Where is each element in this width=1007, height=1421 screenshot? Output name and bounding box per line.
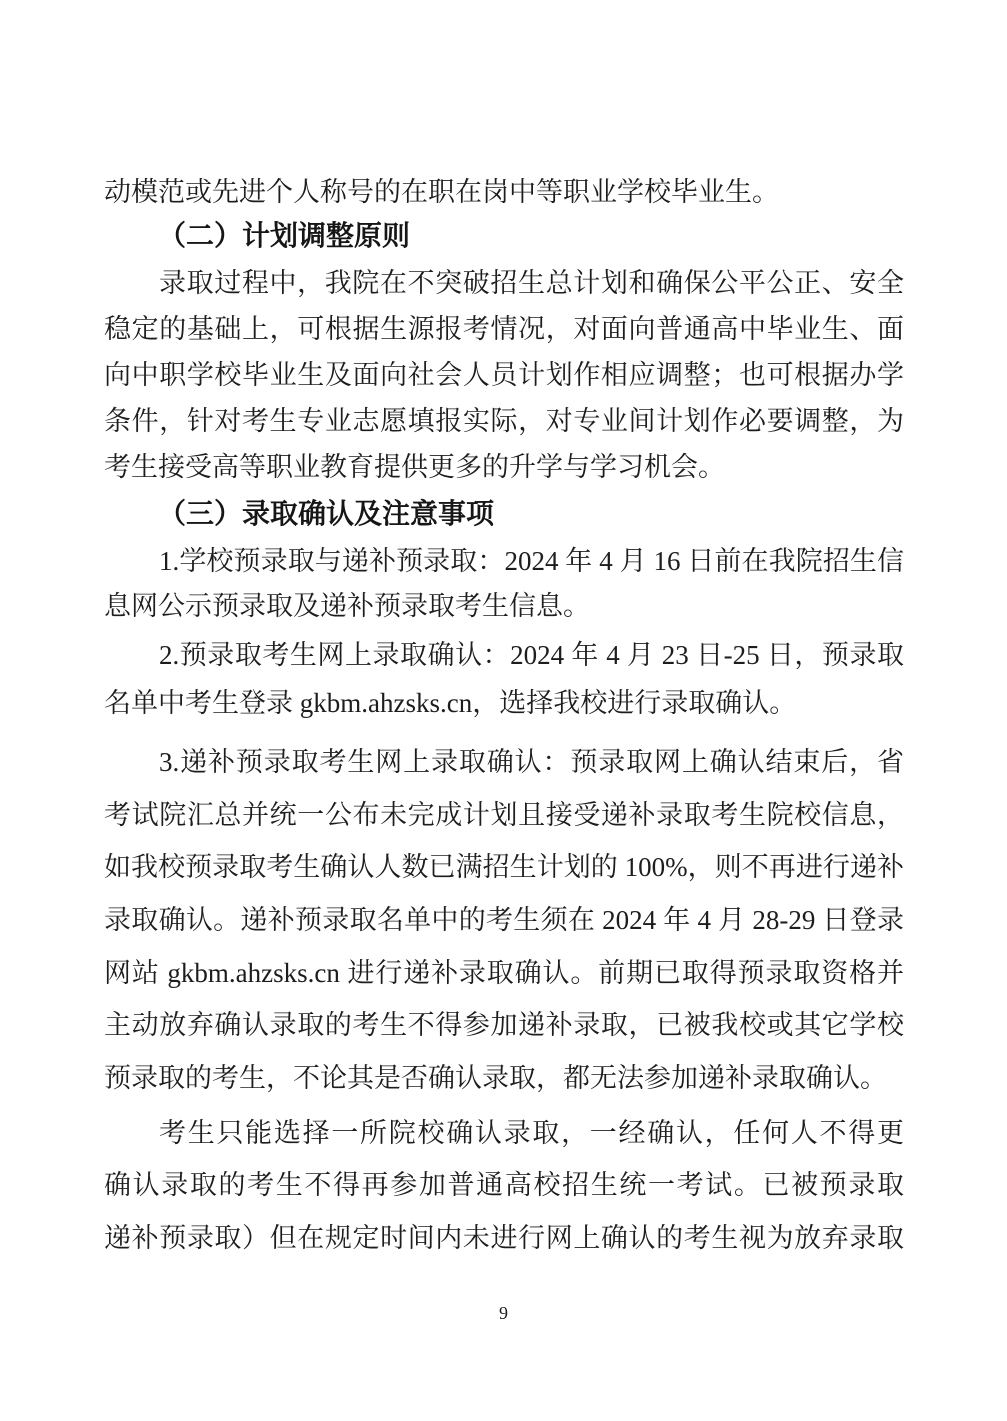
paragraph-item-2: 2.预录取考生网上录取确认：2024 年 4 月 23 日-25 日，预录取 名… <box>104 631 904 727</box>
text-line: 息网公示预录取及递补预录取考生信息。 <box>104 584 904 629</box>
text-line: 考生只能选择一所院校确认录取，一经确认，任何人不得更改。 <box>104 1107 904 1159</box>
paragraph-plan-adjustment: 录取过程中，我院在不突破招生总计划和确保公平公正、安全 稳定的基础上，可根据生源… <box>104 260 904 490</box>
section-heading-3: （三）录取确认及注意事项 <box>104 492 904 538</box>
paragraph-continuation: 动模范或先进个人称号的在职在岗中等职业学校毕业生。 <box>104 169 904 215</box>
paragraph-item-1: 1.学校预录取与递补预录取：2024 年 4 月 16 日前在我院招生信 息网公… <box>104 539 904 629</box>
section-heading-2: （二）计划调整原则 <box>104 214 904 260</box>
text-line: 稳定的基础上，可根据生源报考情况，对面向普通高中毕业生、面 <box>104 306 904 352</box>
text-line: 录取确认。递补预录取名单中的考生须在 2024 年 4 月 28-29 日登录 <box>104 894 904 947</box>
paragraph-confirmation-rules: 考生只能选择一所院校确认录取，一经确认，任何人不得更改。 确认录取的考生不得再参… <box>104 1107 904 1264</box>
section-heading-text: （二）计划调整原则 <box>104 214 904 260</box>
text-line: 网站 gkbm.ahzsks.cn 进行递补录取确认。前期已取得预录取资格并 <box>104 947 904 1000</box>
text-line: 考试院汇总并统一公布未完成计划且接受递补录取考生院校信息， <box>104 789 904 842</box>
text-line: 3.递补预录取考生网上录取确认：预录取网上确认结束后，省 <box>104 736 904 789</box>
text-line: 动模范或先进个人称号的在职在岗中等职业学校毕业生。 <box>104 169 904 215</box>
text-line: 1.学校预录取与递补预录取：2024 年 4 月 16 日前在我院招生信 <box>104 539 904 584</box>
text-line: 名单中考生登录 gkbm.ahzsks.cn，选择我校进行录取确认。 <box>104 679 904 727</box>
text-line: 考生接受高等职业教育提供更多的升学与学习机会。 <box>104 444 904 490</box>
section-heading-text: （三）录取确认及注意事项 <box>104 492 904 538</box>
text-line: 录取过程中，我院在不突破招生总计划和确保公平公正、安全 <box>104 260 904 306</box>
text-line: 2.预录取考生网上录取确认：2024 年 4 月 23 日-25 日，预录取 <box>104 631 904 679</box>
text-line: 主动放弃确认录取的考生不得参加递补录取，已被我校或其它学校 <box>104 999 904 1052</box>
text-line: 如我校预录取考生确认人数已满招生计划的 100%，则不再进行递补 <box>104 841 904 894</box>
text-line: 递补预录取）但在规定时间内未进行网上确认的考生视为放弃录取 <box>104 1212 904 1264</box>
text-line: 确认录取的考生不得再参加普通高校招生统一考试。已被预录取（含 <box>104 1159 904 1211</box>
text-line: 条件，针对考生专业志愿填报实际，对专业间计划作必要调整，为 <box>104 398 904 444</box>
page-number: 9 <box>0 1299 1007 1327</box>
paragraph-item-3: 3.递补预录取考生网上录取确认：预录取网上确认结束后，省 考试院汇总并统一公布未… <box>104 736 904 1105</box>
text-line: 预录取的考生，不论其是否确认录取，都无法参加递补录取确认。 <box>104 1052 904 1105</box>
text-line: 向中职学校毕业生及面向社会人员计划作相应调整；也可根据办学 <box>104 352 904 398</box>
document-page: 动模范或先进个人称号的在职在岗中等职业学校毕业生。 （二）计划调整原则 录取过程… <box>0 0 1007 1421</box>
